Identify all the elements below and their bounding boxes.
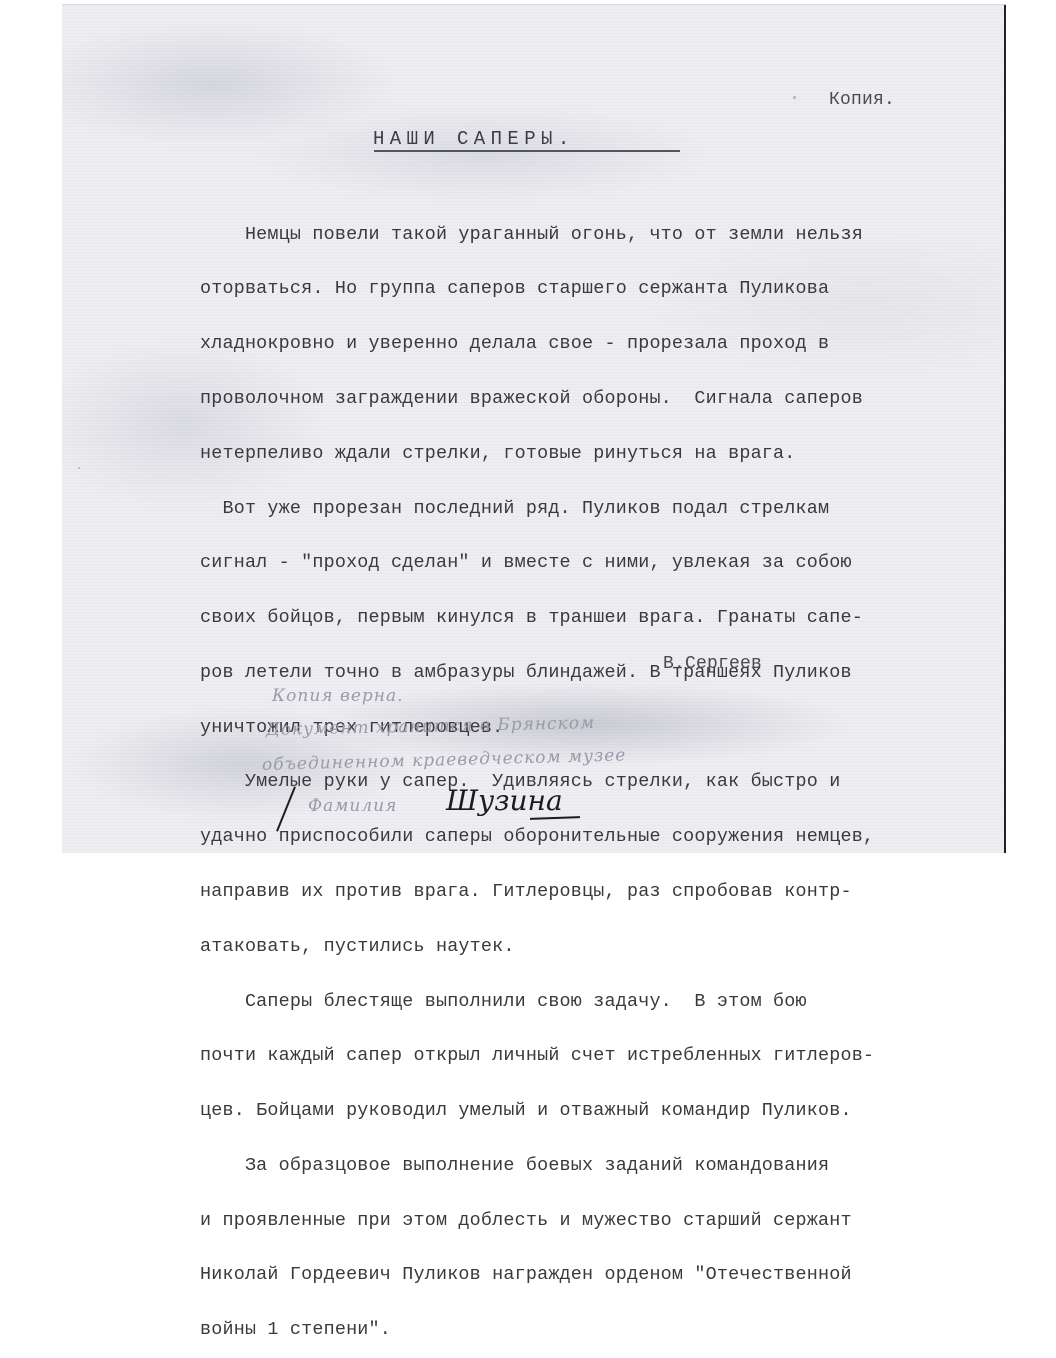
body-line: сигнал - "проход сделан" и вместе с ними… bbox=[200, 554, 874, 572]
page-edge bbox=[62, 4, 1006, 5]
body-line: Немцы повели такой ураганный огонь, что … bbox=[200, 226, 874, 244]
body-line: нетерпеливо ждали стрелки, готовые ринут… bbox=[200, 445, 874, 463]
copy-mark: Копия. bbox=[829, 91, 895, 109]
body-line: хладнокровно и уверенно делала свое - пр… bbox=[200, 335, 874, 353]
title-underline bbox=[374, 150, 680, 152]
body-line: оторваться. Но группа саперов старшего с… bbox=[200, 280, 874, 298]
scan-speck bbox=[78, 467, 80, 469]
body-line: удачно приспособили саперы оборонительны… bbox=[200, 828, 874, 846]
body-line: своих бойцов, первым кинулся в траншеи в… bbox=[200, 609, 874, 627]
author-signature: В.Сергеев bbox=[663, 655, 762, 673]
body-line: проволочном заграждении вражеской оборон… bbox=[200, 390, 874, 408]
scan-speck bbox=[793, 96, 796, 99]
ink-signature: Шузина bbox=[446, 784, 563, 817]
body-line: Вот уже прорезан последний ряд. Пуликов … bbox=[200, 500, 874, 518]
handwritten-note-line: Фамилия bbox=[308, 796, 397, 816]
body-line: ров летели точно в амбразуры блиндажей. … bbox=[200, 664, 874, 682]
handwritten-note-line: Копия верна. bbox=[272, 686, 404, 706]
document-title: НАШИ САПЕРЫ. bbox=[373, 130, 575, 148]
